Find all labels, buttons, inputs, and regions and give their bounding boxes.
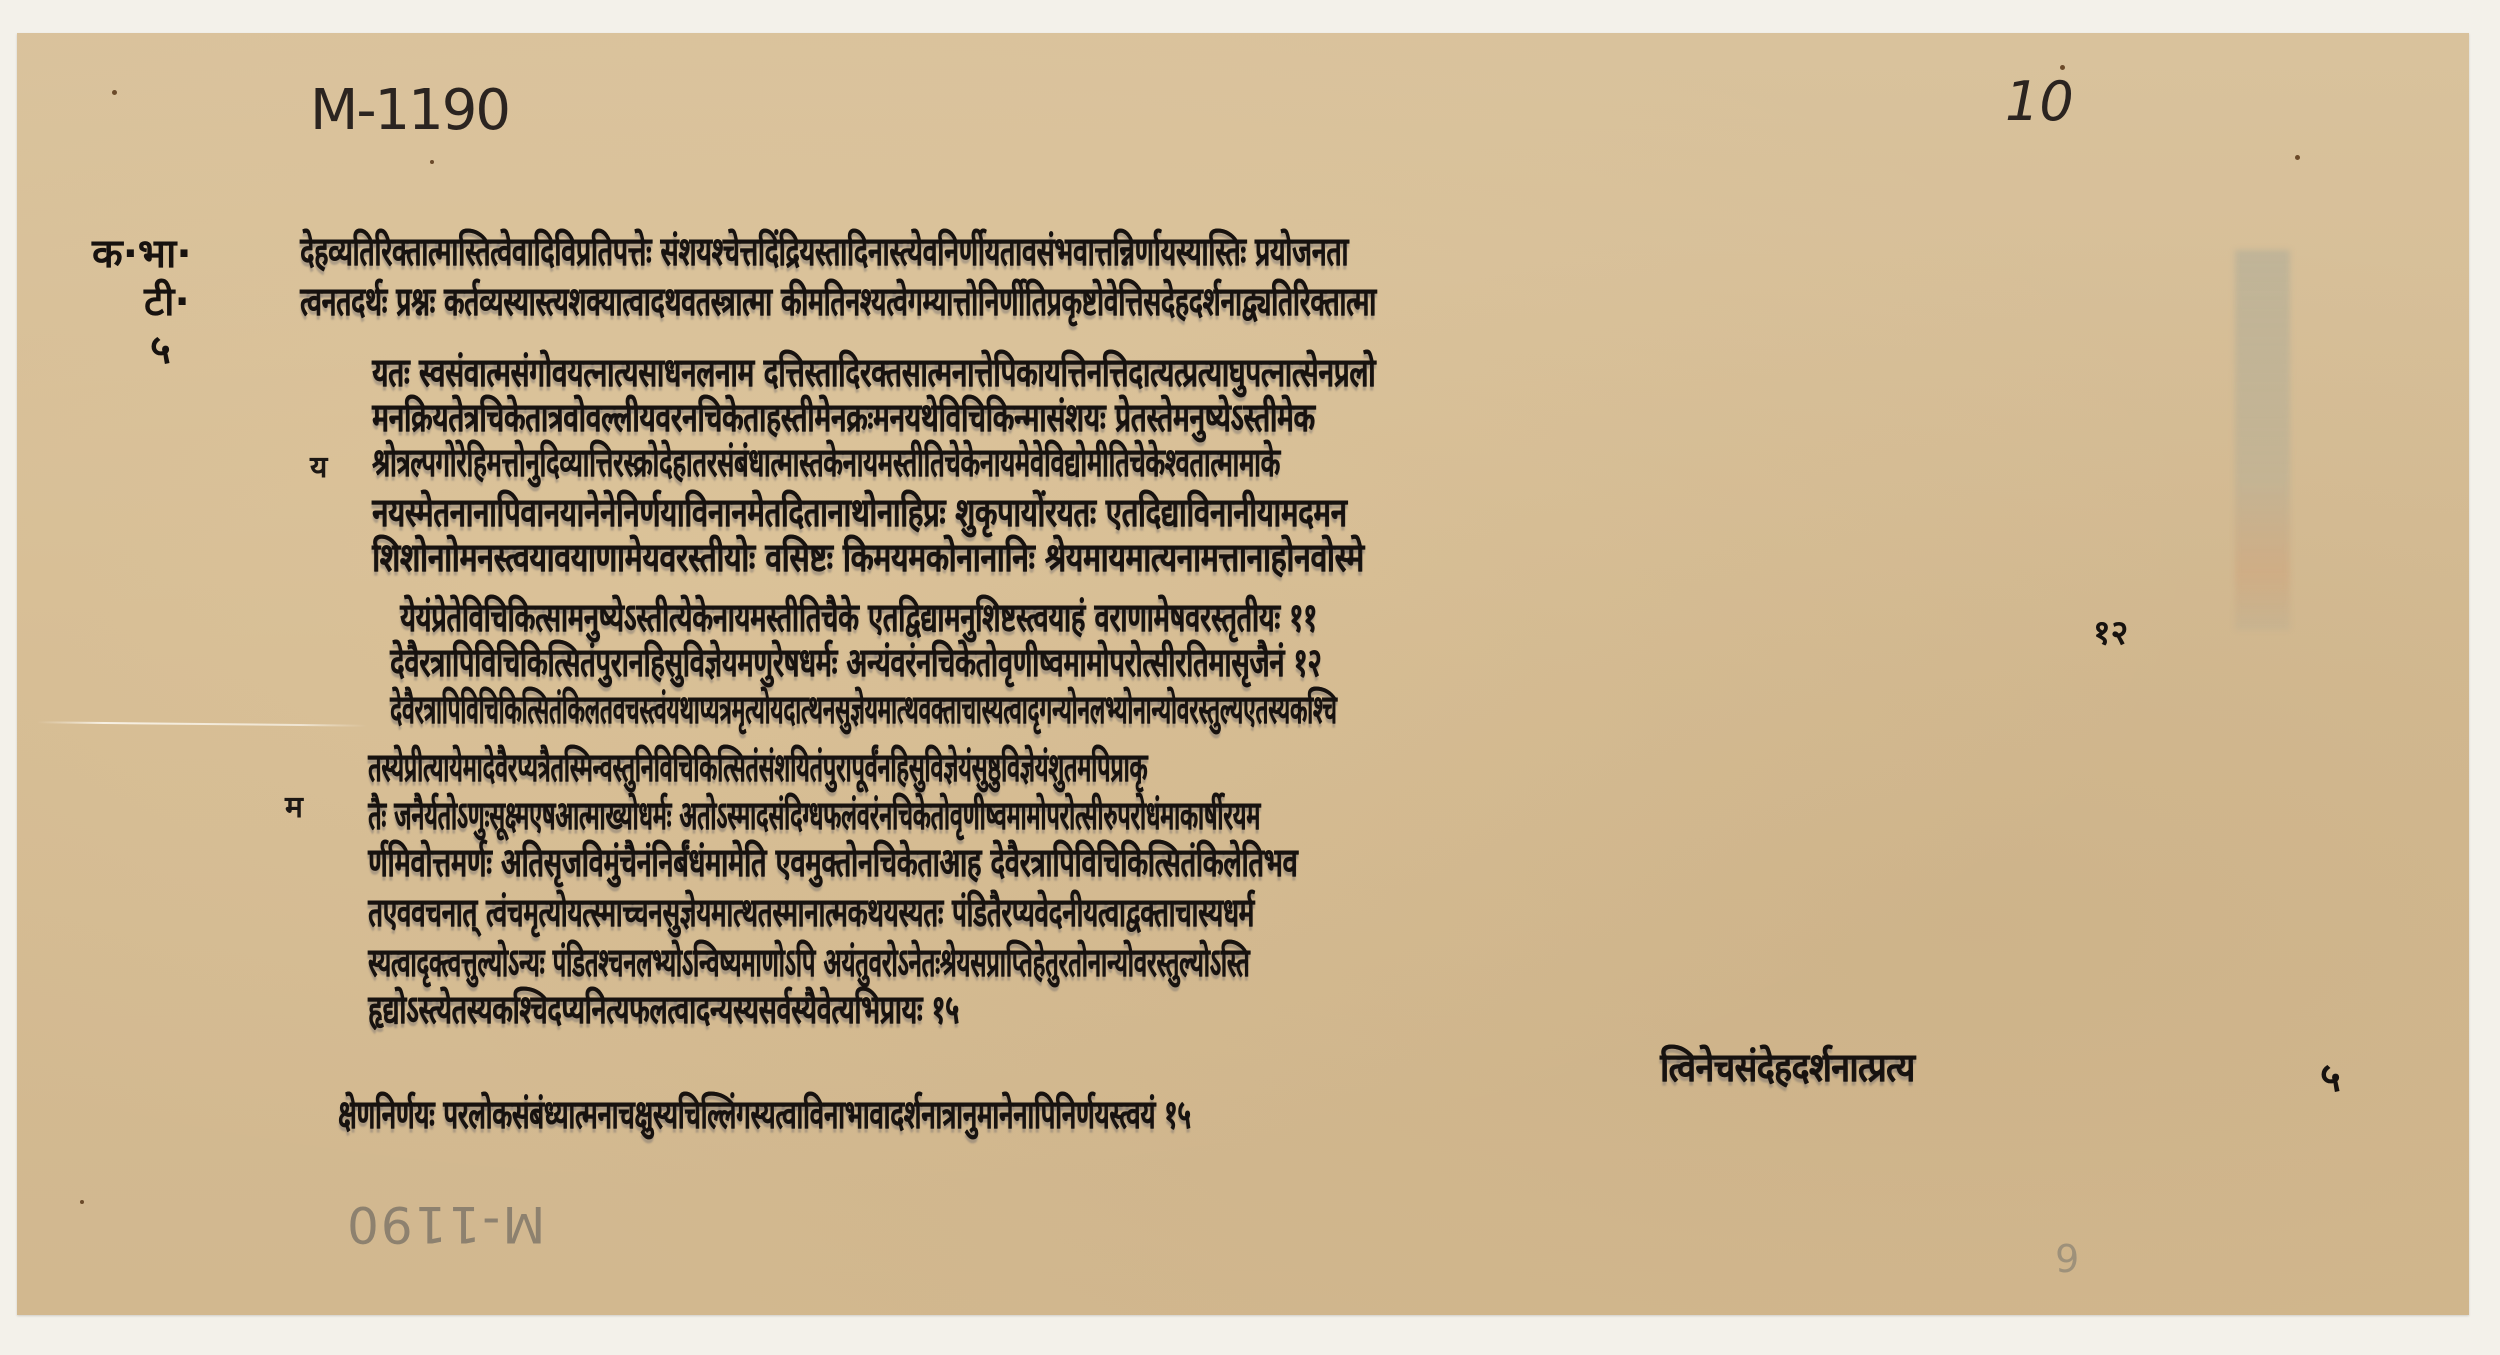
pencil-accession-inverted: M-1190: [345, 1195, 545, 1253]
paper-speck: [2295, 155, 2300, 160]
folio-number: 10: [2005, 70, 2074, 133]
verse-line: देहव्यतिरिक्तात्मास्तित्वेवादिविप्रतिपत्…: [300, 222, 1348, 277]
insertion-mark: १२: [2093, 618, 2128, 648]
margin-line: क·भा·: [92, 230, 192, 278]
commentary-line: तस्येप्रीत्यायेमादेवैरप्यत्रैतस्मिन्वस्त…: [368, 738, 1147, 793]
accession-number: M-1190: [310, 78, 509, 143]
commentary-line: तएववचनात् त्वंचमृत्योयत्स्माच्चनसुज्ञेयम…: [368, 883, 1254, 938]
margin-line: टी·: [92, 278, 192, 326]
commentary-line: र्णमिवोत्तमर्णः अतिसृजविमुंचैनंनिर्बंधंम…: [368, 833, 1297, 888]
margin-line: ५: [92, 326, 192, 374]
verse-line: देवैरत्रापिविचिकित्सितंकिलतवचस्त्वंयथाप्…: [390, 680, 1337, 735]
commentary-line: हृद्योऽस्त्येतस्यकश्चिदप्यनित्यफलत्वादन्…: [368, 980, 959, 1035]
ink-bleed-through: [2235, 250, 2290, 630]
verse-line: त्विनेचसंदेहदर्शनात्प्रत्य: [1660, 1038, 1915, 1093]
pencil-digit: 6: [2055, 1235, 2079, 1279]
right-margin-mark: ५: [2320, 1048, 2341, 1103]
margin-mark-ya: य: [310, 445, 327, 486]
commentary-line: श्रोत्रल्पगोरेहिमत्तोनुदिव्यात्तिरस्क्रो…: [372, 433, 1280, 488]
paper-speck: [112, 90, 117, 95]
verse-line: क्षेणनिर्णयः परलोकसंबंध्यात्मनाचक्षुस्यच…: [338, 1085, 1191, 1140]
commentary-line: शिशोनाोमनस्त्वयावयाणामेयवरस्तीयोः वसिष्ट…: [372, 528, 1364, 583]
paper-speck: [80, 1200, 84, 1204]
margin-title-abbreviation: क·भा· टी· ५: [92, 230, 192, 374]
margin-mark-ma: म: [285, 785, 303, 826]
paper-speck: [430, 160, 434, 164]
paper-crease: [37, 721, 367, 726]
verse-line: त्वनतदर्थः प्रश्नः कर्तव्यस्यास्त्यशक्या…: [300, 272, 1376, 327]
